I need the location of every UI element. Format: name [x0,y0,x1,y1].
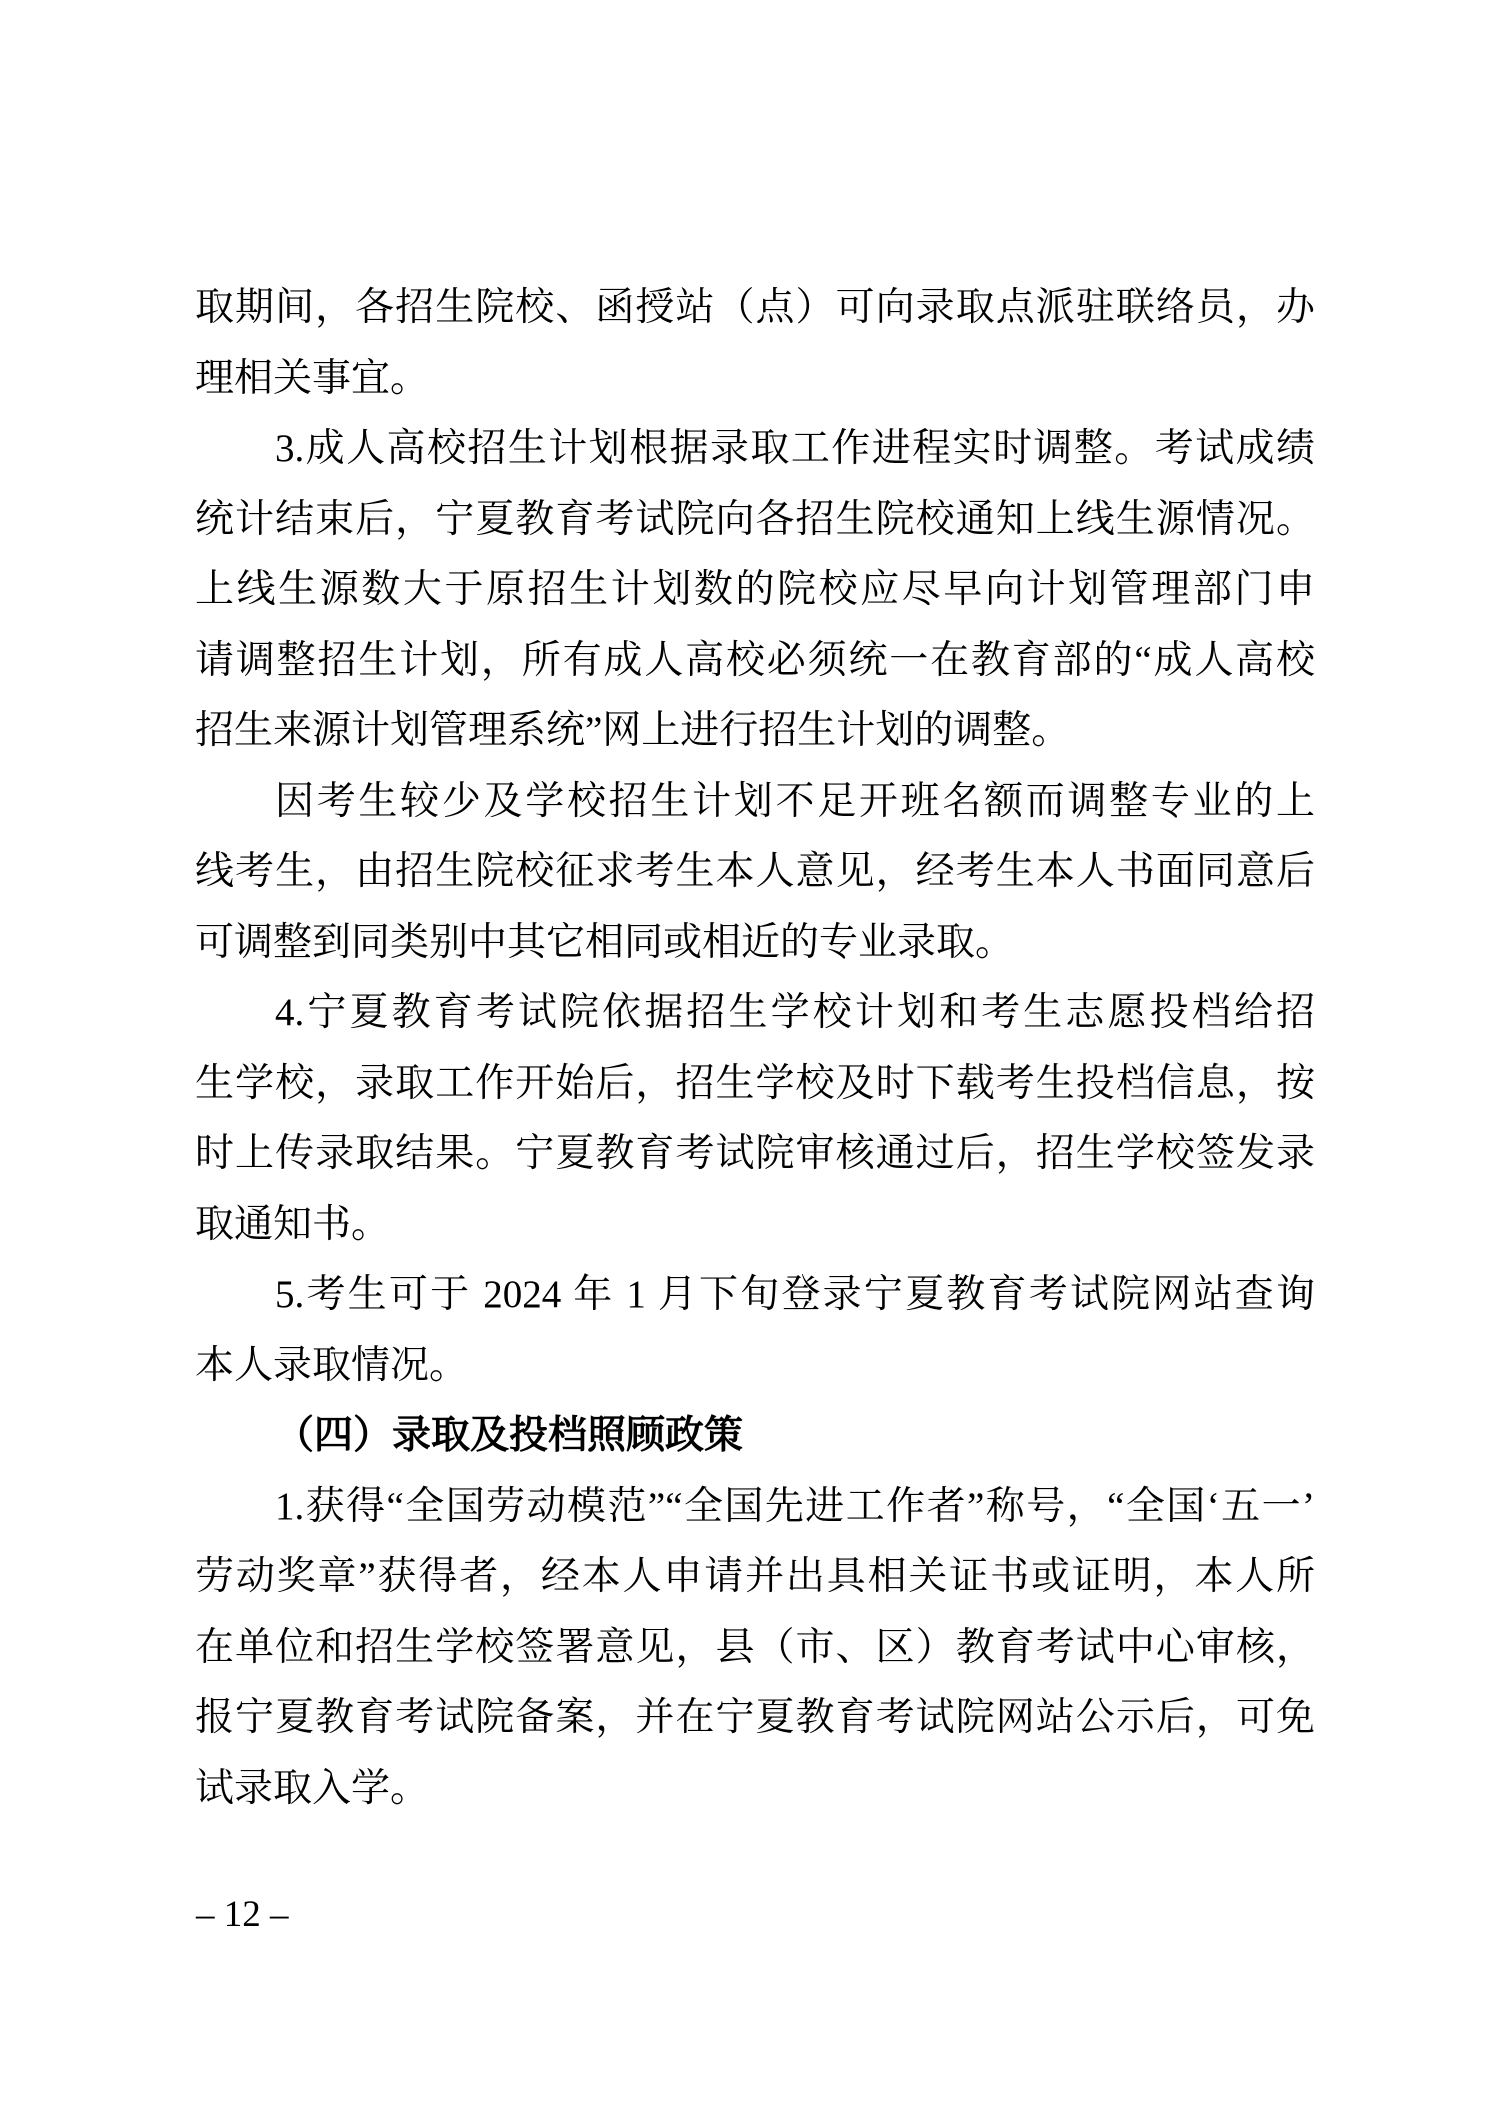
text-line: 5.考生可于 2024 年 1 月下旬登录宁夏教育考试院网站查询 [195,1260,1315,1331]
text-line: 劳动奖章”获得者，经本人申请并出具相关证书或证明，本人所 [195,1542,1315,1613]
text-line: 1.获得“全国劳动模范”“全国先进工作者”称号，“全国‘五一’ [195,1472,1315,1543]
text-line: 4.宁夏教育考试院依据招生学校计划和考生志愿投档给招 [195,978,1315,1049]
text-line: 招生来源计划管理系统”网上进行招生计划的调整。 [195,696,1315,767]
text-line: 统计结束后，宁夏教育考试院向各招生院校通知上线生源情况。 [195,485,1315,556]
text-line: 生学校，录取工作开始后，招生学校及时下载考生投档信息，按 [195,1049,1315,1120]
text-line: 本人录取情况。 [195,1331,1315,1402]
text-line: 报宁夏教育考试院备案，并在宁夏教育考试院网站公示后，可免 [195,1683,1315,1754]
section-heading: （四）录取及投档照顾政策 [195,1401,1315,1472]
text-line: 因考生较少及学校招生计划不足开班名额而调整专业的上 [195,767,1315,838]
document-body: 取期间，各招生院校、函授站（点）可向录取点派驻联络员，办理相关事宜。3.成人高校… [195,273,1315,1824]
text-line: 请调整招生计划，所有成人高校必须统一在教育部的“成人高校 [195,626,1315,697]
text-line: 上线生源数大于原招生计划数的院校应尽早向计划管理部门申 [195,555,1315,626]
text-line: 可调整到同类别中其它相同或相近的专业录取。 [195,908,1315,979]
text-line: 试录取入学。 [195,1754,1315,1825]
text-line: 取期间，各招生院校、函授站（点）可向录取点派驻联络员，办 [195,273,1315,344]
text-line: 3.成人高校招生计划根据录取工作进程实时调整。考试成绩 [195,414,1315,485]
text-line: 取通知书。 [195,1190,1315,1261]
page-number: – 12 – [196,1893,289,1937]
text-line: 时上传录取结果。宁夏教育考试院审核通过后，招生学校签发录 [195,1119,1315,1190]
text-line: 线考生，由招生院校征求考生本人意见，经考生本人书面同意后 [195,837,1315,908]
document-page: 取期间，各招生院校、函授站（点）可向录取点派驻联络员，办理相关事宜。3.成人高校… [0,0,1497,2117]
text-line: 理相关事宜。 [195,344,1315,415]
text-line: 在单位和招生学校签署意见，县（市、区）教育考试中心审核， [195,1613,1315,1684]
